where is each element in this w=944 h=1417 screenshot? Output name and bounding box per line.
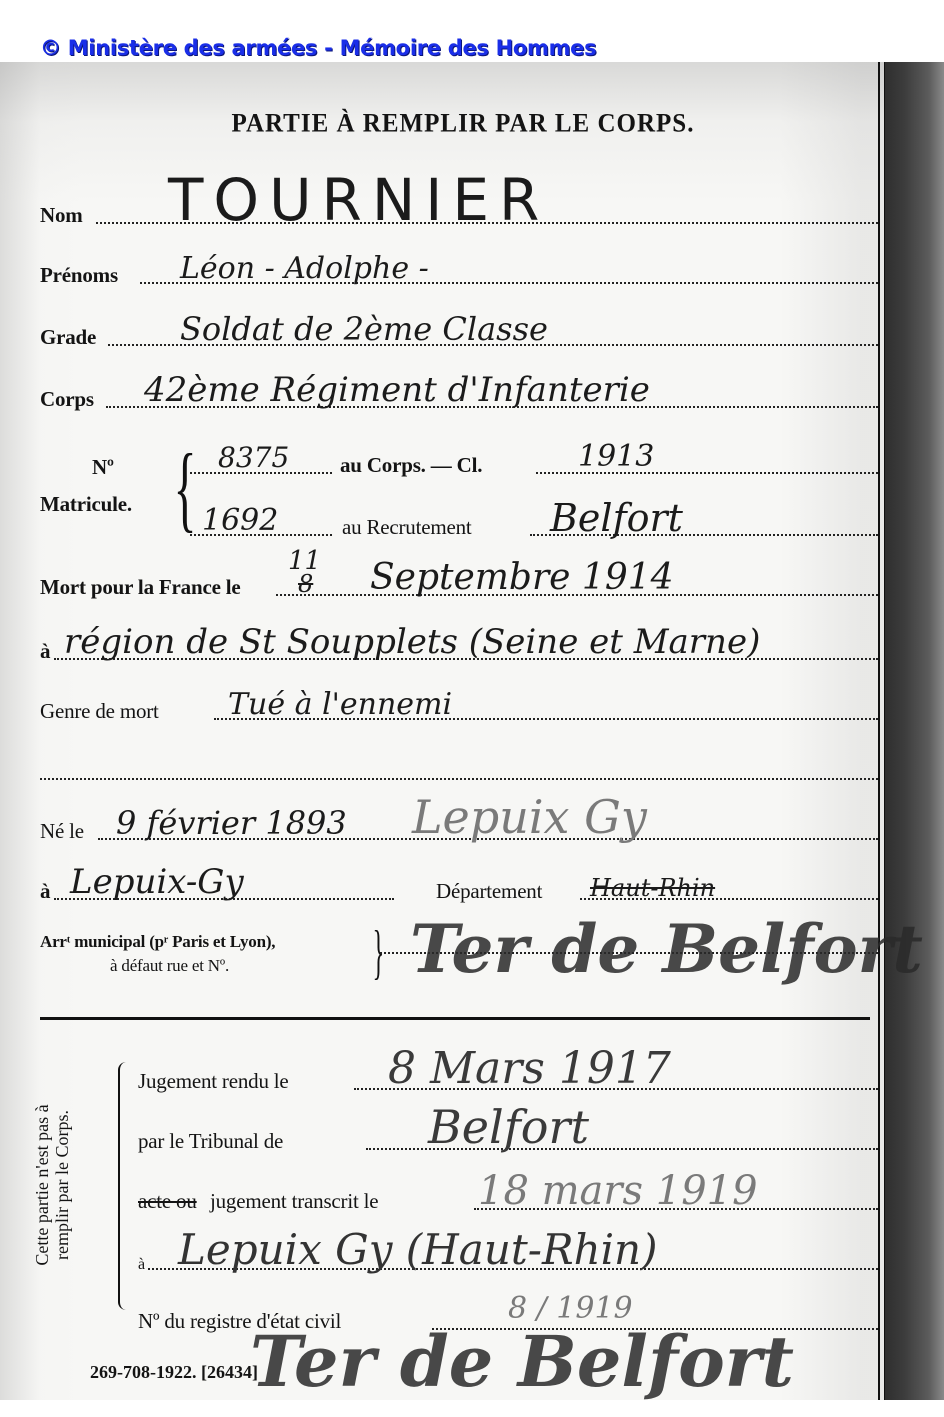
lieu-transcription-value: Lepuix Gy (Haut-Rhin)	[178, 1225, 658, 1274]
form-reference-code: 269-708-1922. [26434]	[90, 1362, 258, 1383]
departement-struck: Haut-Rhin	[590, 874, 715, 902]
side-brace	[118, 1062, 130, 1310]
side-note: Cette partie n'est pas à remplir par le …	[32, 1080, 72, 1290]
transcrit-value: 18 mars 1919	[478, 1168, 758, 1214]
prenoms-label: Prénoms	[40, 263, 118, 288]
matricule-recrutement-value: 1692	[202, 503, 278, 538]
au-corps-label: au Corps. — Cl.	[340, 453, 482, 478]
field-lieu-mort: à région de St Soupplets (Seine et Marne…	[40, 626, 878, 666]
naissance-value: 9 février 1893	[116, 804, 347, 842]
departement-correction: Ter de Belfort	[410, 910, 923, 988]
field-matricule-corps: 8375 au Corps. — Cl. 1913	[190, 440, 878, 480]
departement-label: Département	[436, 879, 542, 904]
field-tribunal: par le Tribunal de Belfort	[138, 1116, 878, 1156]
mort-label: Mort pour la France le	[40, 575, 241, 600]
lieu-mort-value: région de St Soupplets (Seine et Marne)	[64, 622, 760, 662]
copyright-watermark: © Ministère des armées - Mémoire des Hom…	[40, 36, 596, 60]
field-transcrit: acte ou jugement transcrit le 18 mars 19…	[138, 1176, 878, 1216]
jugement-rendu-value: 8 Mars 1917	[388, 1043, 671, 1094]
grade-label: Grade	[40, 325, 96, 350]
prenoms-value: Léon - Adolphe -	[180, 251, 429, 286]
field-lieu-transcription: à Lepuix Gy (Haut-Rhin)	[138, 1236, 878, 1276]
lieu-naissance-label: à	[40, 879, 50, 904]
transcrit-label-struck: acte ou	[138, 1189, 197, 1214]
transcrit-label: jugement transcrit le	[210, 1189, 378, 1214]
arrondissement-label-1: Arrᵗ municipal (pʳ Paris et Lyon),	[40, 932, 275, 952]
form-title: PARTIE À REMPLIR PAR LE CORPS.	[0, 109, 926, 138]
field-matricule-recrutement: 1692 au Recrutement Belfort	[190, 502, 878, 542]
field-lieu-naissance: à Lepuix-Gy Département Haut-Rhin	[40, 866, 878, 906]
naissance-annotation: Lepuix Gy	[412, 790, 647, 844]
jugement-rendu-label: Jugement rendu le	[138, 1069, 289, 1094]
arrondissement-label-2: à défaut rue et Nº.	[110, 956, 229, 976]
mort-day-struck: 8	[298, 570, 313, 598]
field-nom: Nom TOURNIER	[40, 190, 878, 230]
classe-value: 1913	[578, 439, 654, 474]
jugement-correction: Ter de Belfort	[250, 1320, 794, 1403]
grade-value: Soldat de 2ème Classe	[180, 310, 548, 348]
field-jugement-rendu: Jugement rendu le 8 Mars 1917	[138, 1056, 878, 1096]
matricule-corps-value: 8375	[218, 441, 289, 474]
field-corps: Corps 42ème Régiment d'Infanterie	[40, 374, 878, 414]
field-prenoms: Prénoms Léon - Adolphe -	[40, 250, 878, 290]
field-genre-mort: Genre de mort Tué à l'ennemi	[40, 686, 878, 726]
field-mort: Mort pour la France le 11 8 Septembre 19…	[40, 562, 878, 602]
corps-value: 42ème Régiment d'Infanterie	[144, 370, 650, 410]
page-binding-shadow	[884, 62, 944, 1400]
tribunal-value: Belfort	[428, 1100, 589, 1154]
genre-mort-label: Genre de mort	[40, 699, 159, 724]
frame-border	[878, 62, 880, 1400]
genre-mort-value: Tué à l'ennemi	[228, 687, 452, 722]
lieu-mort-label: à	[40, 639, 50, 664]
field-grade: Grade Soldat de 2ème Classe	[40, 312, 878, 352]
mort-value: Septembre 1914	[370, 557, 674, 598]
tribunal-label: par le Tribunal de	[138, 1129, 283, 1154]
corps-label: Corps	[40, 387, 94, 412]
au-recrutement-label: au Recrutement	[342, 515, 472, 540]
blank-line	[40, 746, 878, 786]
section-divider	[40, 1017, 870, 1020]
lieu-naissance-value: Lepuix-Gy	[70, 862, 244, 902]
no-label: Nº	[92, 455, 114, 480]
field-naissance: Né le 9 février 1893 Lepuix Gy	[40, 806, 878, 846]
nom-value: TOURNIER	[168, 166, 549, 234]
recrutement-value: Belfort	[550, 496, 683, 540]
frame-border	[884, 62, 885, 1400]
nom-label: Nom	[40, 203, 83, 228]
matricule-label: Matricule.	[40, 492, 132, 517]
dotted-line	[40, 778, 878, 780]
lieu-transcription-label: à	[138, 1256, 145, 1274]
naissance-label: Né le	[40, 819, 84, 844]
